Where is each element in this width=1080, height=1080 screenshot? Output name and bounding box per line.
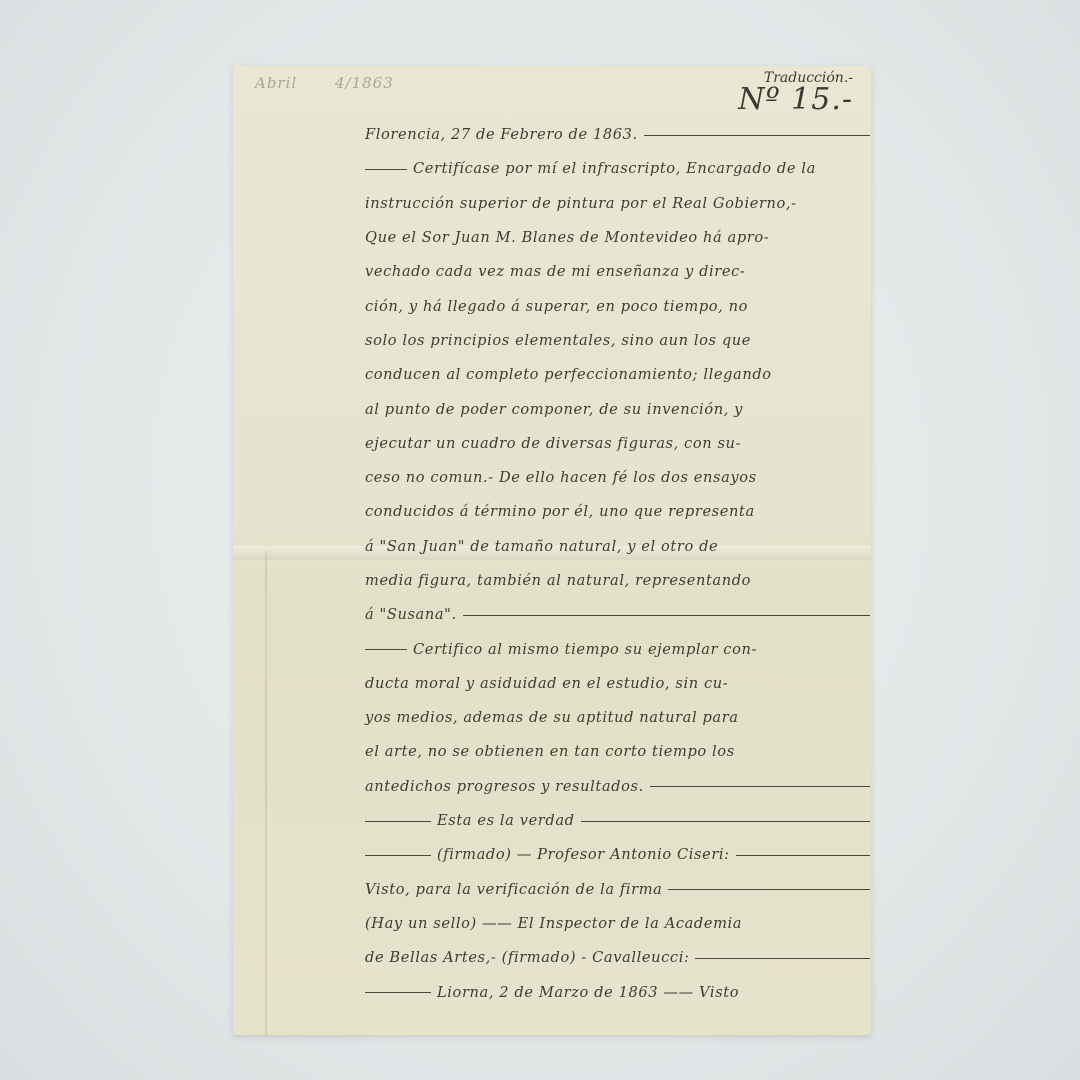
line-text: conducidos á término por él, uno que rep…	[365, 495, 755, 529]
leading-dash-rule	[365, 821, 431, 822]
line-text: Florencia, 27 de Febrero de 1863.	[365, 118, 638, 152]
text-line: de Bellas Artes,- (firmado) - Cavalleucc…	[365, 941, 870, 975]
line-text: ducta moral y asiduidad en el estudio, s…	[365, 667, 728, 701]
text-line: conducen al completo perfeccionamiento; …	[365, 358, 870, 392]
text-line: al punto de poder componer, de su invenc…	[365, 392, 870, 426]
corner-note-month: Abril	[255, 74, 297, 92]
line-text: Esta es la verdad	[437, 804, 575, 838]
line-text: yos medios, ademas de su aptitud natural…	[365, 701, 739, 735]
line-text: ejecutar un cuadro de diversas figuras, …	[365, 427, 741, 461]
line-text: antedichos progresos y resultados.	[365, 770, 644, 804]
text-line: ción, y há llegado á superar, en poco ti…	[365, 289, 870, 323]
text-line: Certifico al mismo tiempo su ejemplar co…	[365, 632, 870, 666]
line-text: ción, y há llegado á superar, en poco ti…	[365, 290, 748, 324]
line-text: de Bellas Artes,- (firmado) - Cavalleucc…	[365, 941, 689, 975]
text-line: á "Susana".	[365, 598, 870, 632]
text-line: antedichos progresos y resultados.	[365, 770, 870, 804]
text-line: ejecutar un cuadro de diversas figuras, …	[365, 427, 870, 461]
text-line: Que el Sor Juan M. Blanes de Montevideo …	[365, 221, 870, 255]
text-line: instrucción superior de pintura por el R…	[365, 187, 870, 221]
line-text: conducen al completo perfeccionamiento; …	[365, 358, 772, 392]
text-line: vechado cada vez mas de mi enseñanza y d…	[365, 255, 870, 289]
trailing-fill-rule	[581, 821, 870, 822]
line-text: ceso no comun.- De ello hacen fé los dos…	[365, 461, 757, 495]
text-line: Florencia, 27 de Febrero de 1863.	[365, 118, 870, 152]
text-line: media figura, también al natural, repres…	[365, 564, 870, 598]
leading-dash-rule	[365, 855, 431, 856]
line-text: Certifico al mismo tiempo su ejemplar co…	[413, 633, 757, 667]
text-line: conducidos á término por él, uno que rep…	[365, 495, 870, 529]
trailing-fill-rule	[736, 855, 870, 856]
text-line: (Hay un sello) —— El Inspector de la Aca…	[365, 907, 870, 941]
trailing-fill-rule	[695, 958, 870, 959]
text-line: ceso no comun.- De ello hacen fé los dos…	[365, 461, 870, 495]
line-text: instrucción superior de pintura por el R…	[365, 187, 797, 221]
line-text: media figura, también al natural, repres…	[365, 564, 751, 598]
trailing-fill-rule	[644, 135, 870, 136]
line-text: Que el Sor Juan M. Blanes de Montevideo …	[365, 221, 769, 255]
text-line: (firmado) — Profesor Antonio Ciseri:	[365, 838, 870, 872]
trailing-fill-rule	[650, 786, 870, 787]
line-text: solo los principios elementales, sino au…	[365, 324, 751, 358]
line-text: Visto, para la verificación de la firma	[365, 873, 662, 907]
line-text: al punto de poder componer, de su invenc…	[365, 393, 743, 427]
line-text: Liorna, 2 de Marzo de 1863 —— Visto	[437, 976, 739, 1010]
text-line: Esta es la verdad	[365, 804, 870, 838]
margin-crease	[265, 551, 267, 1035]
line-text: á "Susana".	[365, 598, 457, 632]
text-line: Visto, para la verificación de la firma	[365, 873, 870, 907]
leading-dash-rule	[365, 169, 407, 170]
line-text: el arte, no se obtienen en tan corto tie…	[365, 735, 735, 769]
line-text: (Hay un sello) —— El Inspector de la Aca…	[365, 907, 742, 941]
handwritten-body: Florencia, 27 de Febrero de 1863.Certifí…	[365, 118, 870, 1010]
corner-note-ref: 4/1863	[335, 74, 394, 92]
text-line: yos medios, ademas de su aptitud natural…	[365, 701, 870, 735]
line-text: (firmado) — Profesor Antonio Ciseri:	[437, 838, 730, 872]
line-text: vechado cada vez mas de mi enseñanza y d…	[365, 255, 745, 289]
text-line: Liorna, 2 de Marzo de 1863 —— Visto	[365, 975, 870, 1009]
archive-pencil-note: Abril 4/1863	[255, 74, 426, 92]
text-line: el arte, no se obtienen en tan corto tie…	[365, 735, 870, 769]
document-sheet: Abril 4/1863 Traducción.- Nº 15.- Floren…	[233, 66, 871, 1035]
document-number: Nº 15.-	[738, 82, 853, 117]
text-line: solo los principios elementales, sino au…	[365, 324, 870, 358]
trailing-fill-rule	[463, 615, 870, 616]
text-line: á "San Juan" de tamaño natural, y el otr…	[365, 530, 870, 564]
leading-dash-rule	[365, 992, 431, 993]
trailing-fill-rule	[668, 889, 870, 890]
document-header: Traducción.- Nº 15.-	[738, 70, 853, 117]
line-text: á "San Juan" de tamaño natural, y el otr…	[365, 530, 718, 564]
text-line: Certifícase por mí el infrascripto, Enca…	[365, 152, 870, 186]
line-text: Certifícase por mí el infrascripto, Enca…	[413, 152, 816, 186]
leading-dash-rule	[365, 649, 407, 650]
text-line: ducta moral y asiduidad en el estudio, s…	[365, 667, 870, 701]
